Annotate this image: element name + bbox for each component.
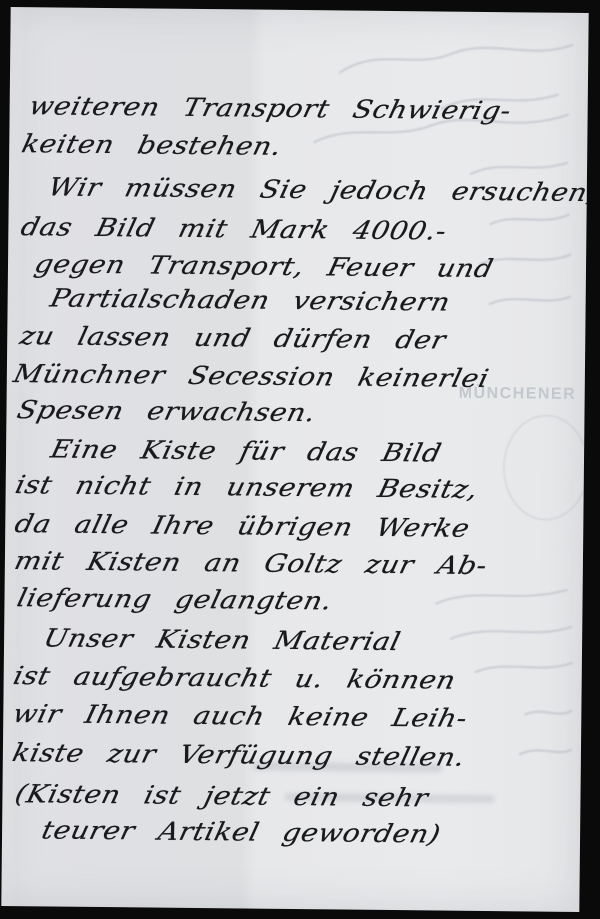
letter-line: das Bild mit Mark 4000.- — [18, 212, 449, 245]
letter-line: Partialschaden versichern — [48, 283, 454, 316]
letter-line: da alle Ihre übrigen Werke — [12, 509, 473, 543]
letter-body: weiteren Transport Schwierig- keiten bes… — [1, 7, 588, 912]
letter-line: Eine Kiste für das Bild — [48, 434, 445, 467]
letter-line: Spesen erwachsen. — [14, 395, 318, 427]
letter-page: MÜNCHENER weiteren Transport Schwierig- … — [1, 7, 588, 912]
letter-line: weiteren Transport Schwierig- — [27, 91, 515, 125]
letter-line: zu lassen und dürfen der — [17, 321, 449, 354]
letter-line: Wir müssen Sie jedoch ersuchen, — [46, 172, 589, 207]
letter-line: (Kisten ist jetzt ein sehr — [12, 779, 431, 812]
letter-line: ist nicht in unserem Besitz, — [13, 470, 482, 504]
letter-line: mit Kisten an Goltz zur Ab- — [12, 546, 491, 580]
scanned-letter-photo: MÜNCHENER weiteren Transport Schwierig- … — [0, 0, 600, 919]
letter-line: lieferung gelangten. — [14, 583, 335, 615]
letter-line: keiten bestehen. — [19, 129, 285, 161]
letter-line: kiste zur Verfügung stellen. — [10, 738, 468, 772]
letter-line: wir Ihnen auch keine Leih- — [10, 699, 470, 733]
letter-line: Münchner Secession keinerlei — [11, 359, 492, 393]
letter-line: teurer Artikel geworden) — [39, 815, 444, 848]
letter-line: Unser Kisten Material — [41, 623, 404, 656]
letter-line: ist aufgebraucht u. können — [11, 661, 459, 695]
letter-line: gegen Transport, Feuer und — [32, 249, 496, 283]
